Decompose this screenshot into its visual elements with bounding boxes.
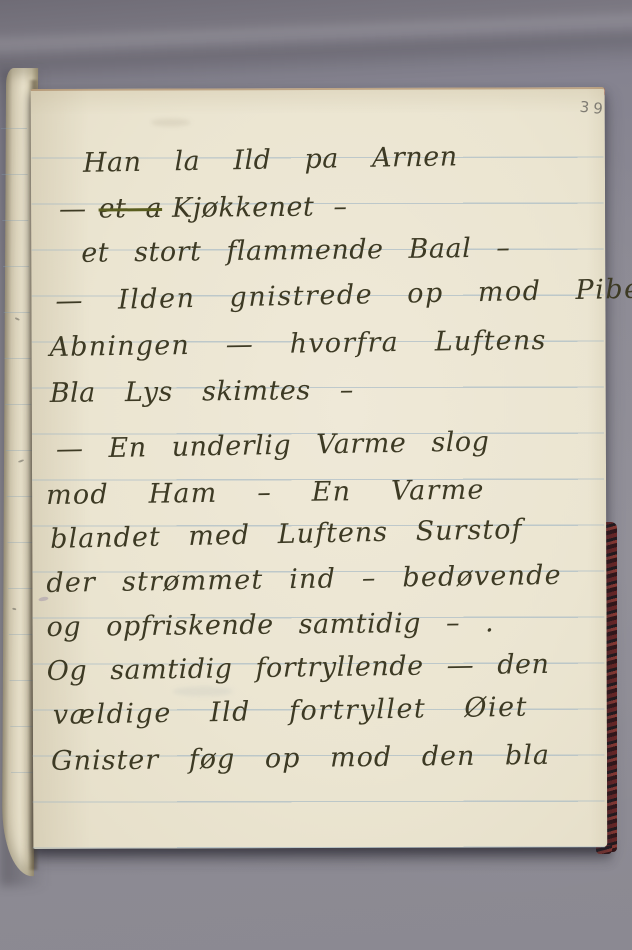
struck-text: et a [98, 193, 162, 225]
manuscript-line: mod Ham – En Varme [46, 474, 485, 513]
manuscript-line: og opfriskende samtidig – . [46, 606, 494, 645]
notebook-photo: 39 Han la Ild pa Arnen —et aKjøkkenet – … [0, 0, 632, 950]
manuscript-line: Han la Ild pa Arnen [83, 140, 458, 181]
notebook-page: 39 Han la Ild pa Arnen —et aKjøkkenet – … [31, 87, 608, 849]
manuscript-line: Bla Lys skimtes – [50, 374, 354, 411]
manuscript-line: et stort flammende Baal – [81, 232, 510, 271]
page-number: 39 [579, 98, 608, 119]
dash-mark: — [59, 194, 87, 225]
manuscript-line: —et aKjøkkenet – [59, 190, 348, 227]
manuscript-line: Og samtidig fortryllende — den [46, 648, 549, 689]
manuscript-line: Gnister føg op mod den bla [51, 739, 550, 779]
paper-smudge [151, 118, 191, 126]
manuscript-line: Abningen — hvorfra Luftens [49, 324, 546, 365]
manuscript-line-text: Kjøkkenet – [172, 191, 348, 224]
